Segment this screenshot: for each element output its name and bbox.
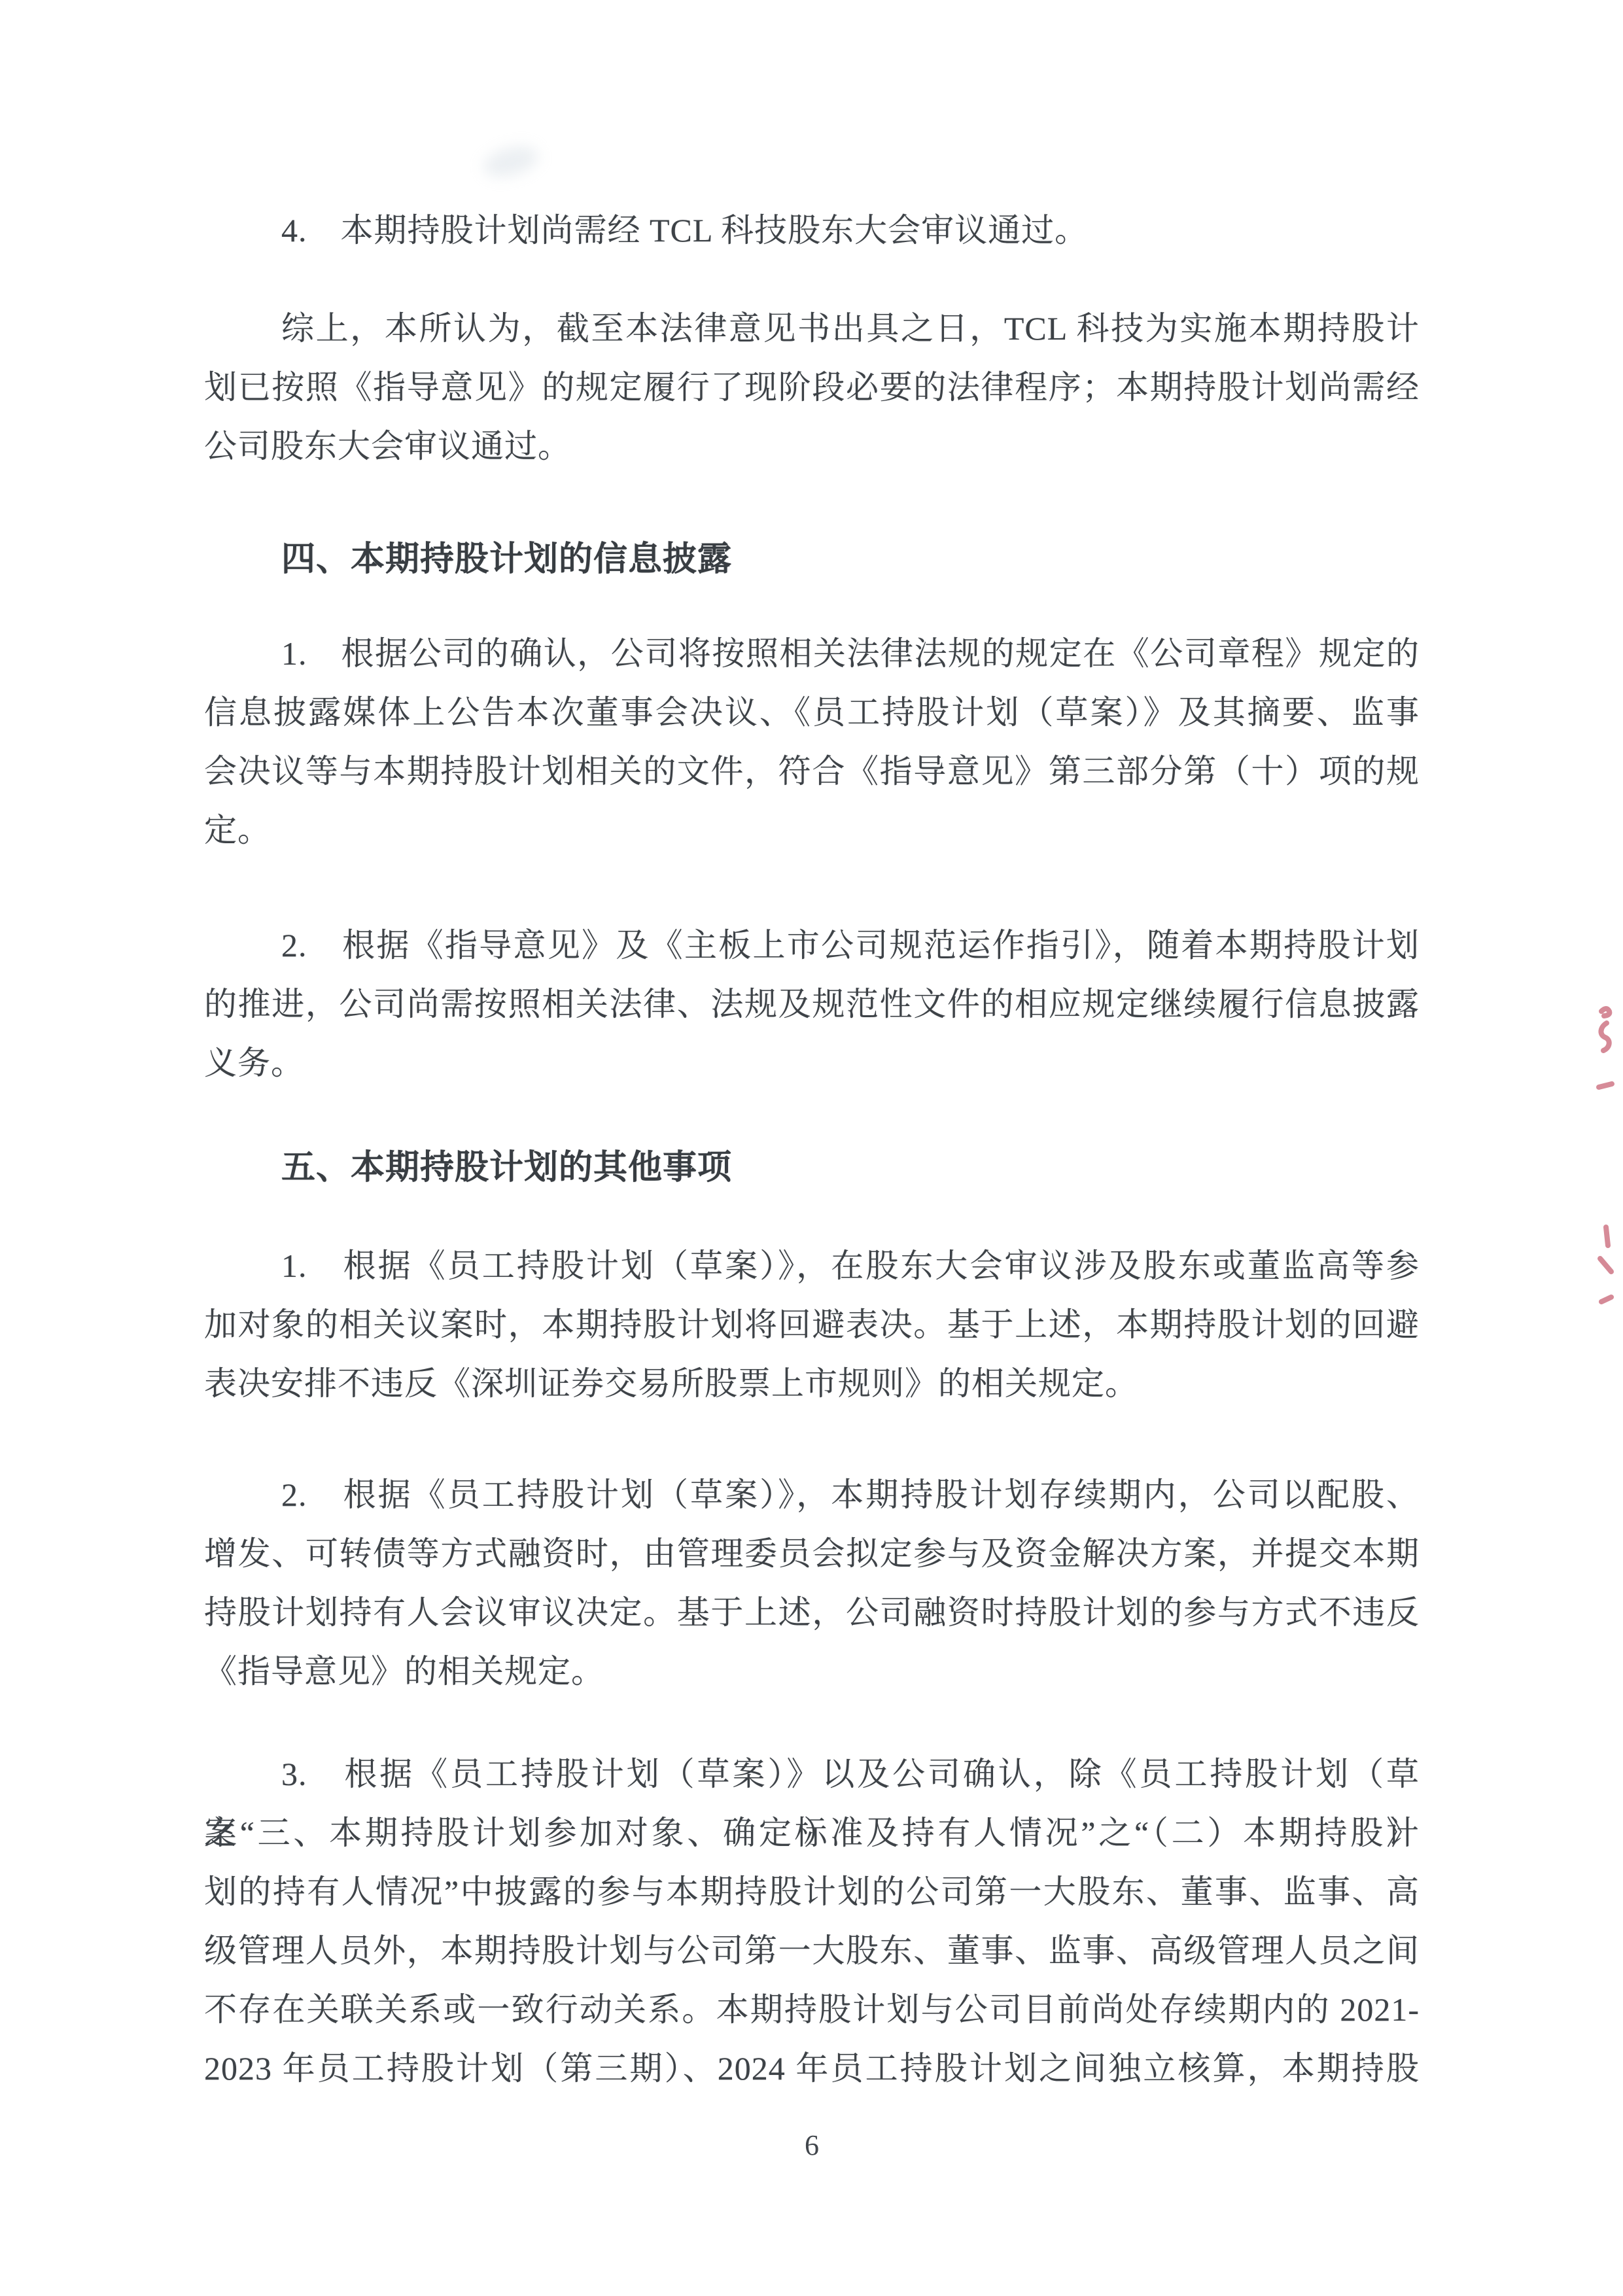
section-5-paragraph-3: 3. 根据《员工持股计划（草案）》以及公司确认，除《员工持股计划（草案）》 之“…	[204, 1745, 1420, 2098]
text-line: 2. 根据《指导意见》及《主板上市公司规范运作指引》，随着本期持股计划	[204, 916, 1420, 975]
text-line: 综上，本所认为，截至本法律意见书出具之日，TCL 科技为实施本期持股计	[204, 299, 1420, 358]
text-line: 会决议等与本期持股计划相关的文件，符合《指导意见》第三部分第（十）项的规	[204, 742, 1420, 801]
text-line: 级管理人员外，本期持股计划与公司第一大股东、董事、监事、高级管理人员之间	[204, 1921, 1420, 1980]
heading-text: 五、本期持股计划的其他事项	[204, 1138, 1420, 1197]
heading-text: 四、本期持股计划的信息披露	[204, 530, 1420, 589]
conclusion-paragraph: 综上，本所认为，截至本法律意见书出具之日，TCL 科技为实施本期持股计 划已按照…	[204, 299, 1420, 476]
text-line: 划的持有人情况”中披露的参与本期持股计划的公司第一大股东、董事、监事、高	[204, 1862, 1420, 1921]
red-ink-marks	[1582, 994, 1623, 1321]
text-line: 2. 根据《员工持股计划（草案）》，本期持股计划存续期内，公司以配股、	[204, 1465, 1420, 1524]
document-page: 4. 本期持股计划尚需经 TCL 科技股东大会审议通过。 综上，本所认为，截至本…	[0, 0, 1623, 2296]
page-number: 6	[204, 2119, 1420, 2172]
section-5-paragraph-2: 2. 根据《员工持股计划（草案）》，本期持股计划存续期内，公司以配股、 增发、可…	[204, 1465, 1420, 1701]
text-line: 持股计划持有人会议审议决定。基于上述，公司融资时持股计划的参与方式不违反	[204, 1583, 1420, 1642]
text-line: 之“三、本期持股计划参加对象、确定标准及持有人情况”之“（二）本期持股计	[204, 1803, 1420, 1862]
text-line: 《指导意见》的相关规定。	[204, 1642, 1420, 1701]
section-4-paragraph-1: 1. 根据公司的确认，公司将按照相关法律法规的规定在《公司章程》规定的 信息披露…	[204, 624, 1420, 860]
text-line: 公司股东大会审议通过。	[204, 417, 1420, 476]
text-line: 划已按照《指导意见》的规定履行了现阶段必要的法律程序；本期持股计划尚需经	[204, 358, 1420, 417]
list-item-4: 4. 本期持股计划尚需经 TCL 科技股东大会审议通过。	[204, 201, 1420, 260]
text-line: 的推进，公司尚需按照相关法律、法规及规范性文件的相应规定继续履行信息披露	[204, 975, 1420, 1034]
text-line: 信息披露媒体上公告本次董事会决议、《员工持股计划（草案）》及其摘要、监事	[204, 683, 1420, 742]
text-line: 4. 本期持股计划尚需经 TCL 科技股东大会审议通过。	[204, 201, 1420, 260]
text-line: 表决安排不违反《深圳证券交易所股票上市规则》的相关规定。	[204, 1354, 1420, 1413]
text-line: 1. 根据公司的确认，公司将按照相关法律法规的规定在《公司章程》规定的	[204, 624, 1420, 683]
text-line: 定。	[204, 801, 1420, 860]
section-4-heading: 四、本期持股计划的信息披露	[204, 530, 1420, 589]
text-line: 增发、可转债等方式融资时，由管理委员会拟定参与及资金解决方案，并提交本期	[204, 1524, 1420, 1583]
section-5-paragraph-1: 1. 根据《员工持股计划（草案）》，在股东大会审议涉及股东或董监高等参 加对象的…	[204, 1236, 1420, 1413]
text-line: 3. 根据《员工持股计划（草案）》以及公司确认，除《员工持股计划（草案）》	[204, 1745, 1420, 1803]
text-line: 加对象的相关议案时，本期持股计划将回避表决。基于上述，本期持股计划的回避	[204, 1295, 1420, 1354]
text-line: 义务。	[204, 1034, 1420, 1092]
text-line: 不存在关联关系或一致行动关系。本期持股计划与公司目前尚处存续期内的 2021-	[204, 1980, 1420, 2039]
section-4-paragraph-2: 2. 根据《指导意见》及《主板上市公司规范运作指引》，随着本期持股计划 的推进，…	[204, 916, 1420, 1092]
text-line: 2023 年员工持股计划（第三期）、2024 年员工持股计划之间独立核算，本期持…	[204, 2039, 1420, 2098]
text-line: 1. 根据《员工持股计划（草案）》，在股东大会审议涉及股东或董监高等参	[204, 1236, 1420, 1295]
section-5-heading: 五、本期持股计划的其他事项	[204, 1138, 1420, 1197]
page-body: 4. 本期持股计划尚需经 TCL 科技股东大会审议通过。 综上，本所认为，截至本…	[204, 0, 1420, 2296]
